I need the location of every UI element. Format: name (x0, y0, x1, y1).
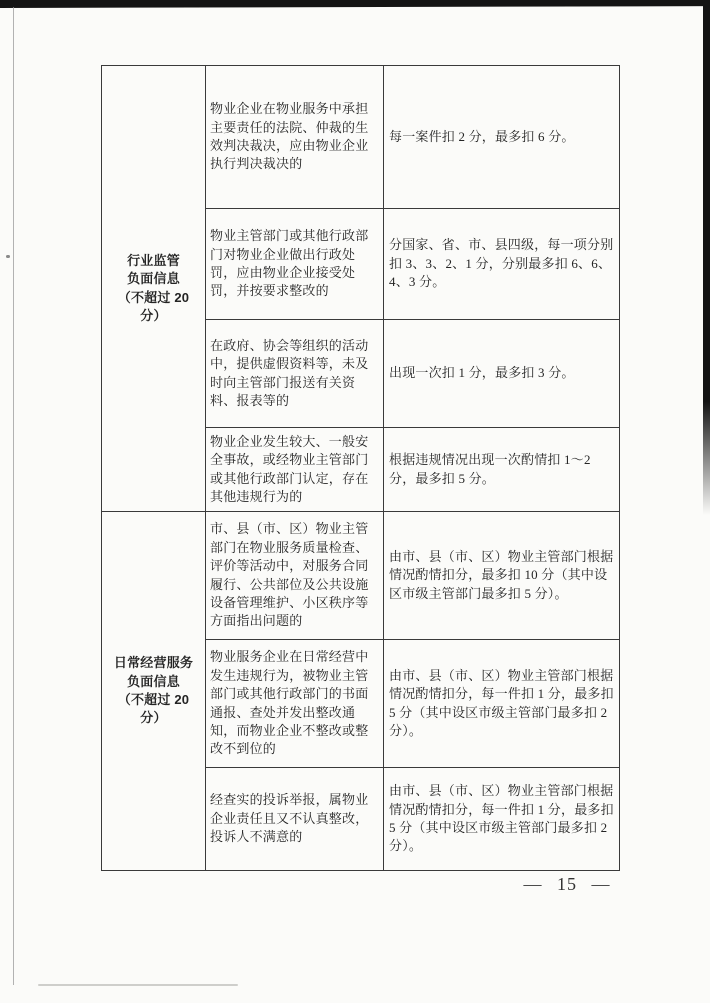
scan-left-fold-line-artifact (13, 7, 14, 985)
table-row: 行业监管 负面信息 （不超过 20 分） 物业企业在物业服务中承担主要责任的法院… (102, 66, 620, 209)
deduction-cell: 由市、县（市、区）物业主管部门根据情况酌情扣分，每一件扣 1 分，最多扣 5 分… (384, 640, 620, 768)
deduction-cell: 由市、县（市、区）物业主管部门根据情况酌情扣分，每一件扣 1 分，最多扣 5 分… (384, 768, 620, 871)
behavior-cell: 经查实的投诉举报，属物业企业责任且又不认真整改，投诉人不满意的 (206, 768, 384, 871)
scoring-table: 行业监管 负面信息 （不超过 20 分） 物业企业在物业服务中承担主要责任的法院… (101, 65, 620, 871)
page-number: — 15 — (512, 874, 622, 895)
behavior-cell: 物业服务企业在日常经营中发生违规行为，被物业主管部门或其他行政部门的书面通报、查… (206, 640, 384, 768)
scan-bottom-smudge-artifact (38, 984, 238, 986)
deduction-cell: 每一案件扣 2 分，最多扣 6 分。 (384, 66, 620, 209)
category-cell-industry-supervision: 行业监管 负面信息 （不超过 20 分） (102, 66, 206, 512)
scan-speck-artifact (6, 255, 10, 258)
behavior-cell: 物业企业发生较大、一般安全事故，或经物业主管部门或其他行政部门认定，存在其他违规… (206, 428, 384, 512)
deduction-cell: 出现一次扣 1 分，最多扣 3 分。 (384, 320, 620, 428)
scan-right-edge-artifact (703, 0, 710, 515)
deduction-cell: 由市、县（市、区）物业主管部门根据情况酌情扣分，最多扣 10 分（其中设区市级主… (384, 512, 620, 640)
deduction-cell: 分国家、省、市、县四级，每一项分别扣 3、3、2、1 分，分别最多扣 6、6、4… (384, 209, 620, 320)
table-row: 日常经营服务 负面信息 （不超过 20 分） 市、县（市、区）物业主管部门在物业… (102, 512, 620, 640)
category-cell-daily-operation: 日常经营服务 负面信息 （不超过 20 分） (102, 512, 206, 871)
behavior-cell: 在政府、协会等组织的活动中，提供虚假资料等，未及时向主管部门报送有关资料、报表等… (206, 320, 384, 428)
behavior-cell: 物业主管部门或其他行政部门对物业企业做出行政处罚，应由物业企业接受处罚，并按要求… (206, 209, 384, 320)
deduction-cell: 根据违规情况出现一次酌情扣 1～2 分，最多扣 5 分。 (384, 428, 620, 512)
behavior-cell: 物业企业在物业服务中承担主要责任的法院、仲裁的生效判决裁决，应由物业企业执行判决… (206, 66, 384, 209)
behavior-cell: 市、县（市、区）物业主管部门在物业服务质量检查、评价等活动中，对服务合同履行、公… (206, 512, 384, 640)
